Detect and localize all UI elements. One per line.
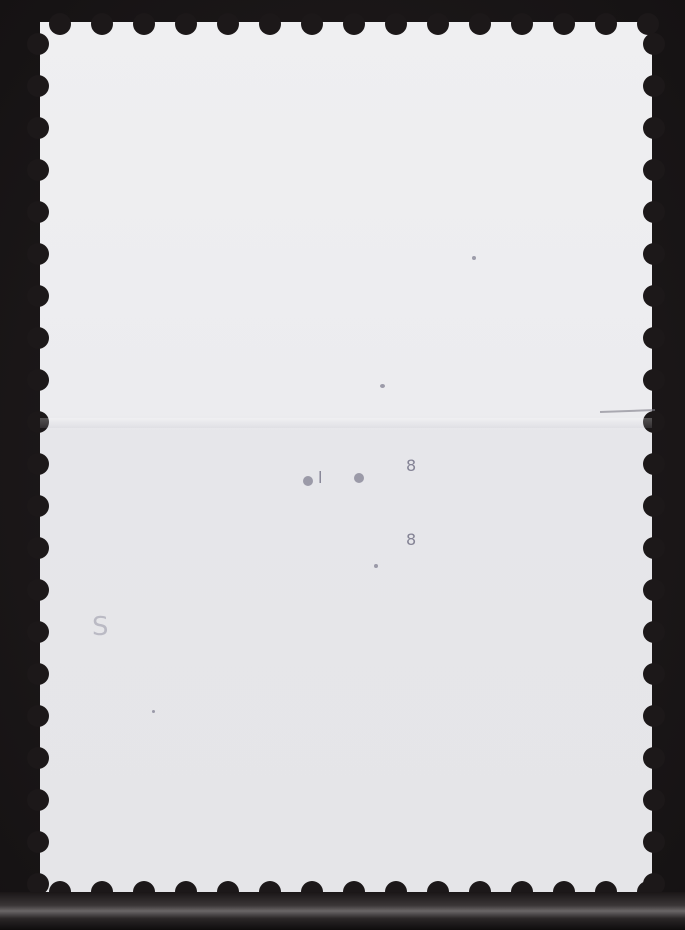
perforation-hole — [643, 621, 665, 643]
pencil-mark: 8 — [406, 456, 416, 475]
perforation-hole — [643, 201, 665, 223]
perforation-hole — [91, 13, 113, 35]
perforation-hole — [643, 243, 665, 265]
perforation-hole — [27, 369, 49, 391]
pencil-mark — [380, 384, 385, 388]
perforation-hole — [595, 13, 617, 35]
perforation-hole — [643, 537, 665, 559]
fold-line — [40, 418, 652, 428]
pencil-mark: 8 — [406, 530, 416, 549]
perforation-hole — [133, 13, 155, 35]
perforation-hole — [27, 705, 49, 727]
perforation-hole — [27, 663, 49, 685]
perforation-hole — [27, 285, 49, 307]
pencil-mark — [152, 710, 155, 713]
perforation-hole — [175, 13, 197, 35]
perforation-hole — [49, 13, 71, 35]
perforation-hole — [643, 159, 665, 181]
perforation-hole — [27, 789, 49, 811]
perforation-hole — [643, 33, 665, 55]
perforation-hole — [643, 495, 665, 517]
perforation-hole — [27, 201, 49, 223]
perforation-hole — [27, 327, 49, 349]
perforation-hole — [385, 13, 407, 35]
perforation-hole — [643, 747, 665, 769]
perforation-hole — [643, 369, 665, 391]
perforation-hole — [643, 705, 665, 727]
perforation-hole — [27, 75, 49, 97]
perforation-hole — [637, 13, 659, 35]
perforation-hole — [643, 579, 665, 601]
pencil-mark — [303, 476, 313, 486]
pencil-mark — [354, 473, 364, 483]
perforation-hole — [27, 495, 49, 517]
pencil-mark — [374, 564, 378, 568]
perforation-hole — [427, 13, 449, 35]
perforation-hole — [27, 453, 49, 475]
perforation-hole — [643, 453, 665, 475]
perforation-hole — [643, 789, 665, 811]
perforation-hole — [643, 663, 665, 685]
pencil-mark — [472, 256, 476, 260]
perforation-hole — [259, 13, 281, 35]
perforation-hole — [217, 13, 239, 35]
perforation-hole — [27, 621, 49, 643]
perforation-hole — [27, 33, 49, 55]
perforation-hole — [643, 831, 665, 853]
pencil-mark: l — [318, 468, 322, 487]
stamp-reverse — [40, 22, 652, 894]
perforation-hole — [511, 13, 533, 35]
perforation-hole — [27, 747, 49, 769]
perforation-hole — [643, 117, 665, 139]
perforation-hole — [643, 285, 665, 307]
perforation-hole — [27, 537, 49, 559]
perforation-hole — [301, 13, 323, 35]
perforation-hole — [27, 831, 49, 853]
perforation-hole — [469, 13, 491, 35]
perforation-hole — [643, 75, 665, 97]
perforation-hole — [27, 159, 49, 181]
perforation-hole — [27, 117, 49, 139]
perforation-hole — [643, 327, 665, 349]
perforation-hole — [27, 243, 49, 265]
perforation-hole — [27, 579, 49, 601]
perforation-hole — [343, 13, 365, 35]
perforation-hole — [553, 13, 575, 35]
table-edge — [0, 892, 685, 930]
pencil-mark: S — [92, 612, 109, 642]
